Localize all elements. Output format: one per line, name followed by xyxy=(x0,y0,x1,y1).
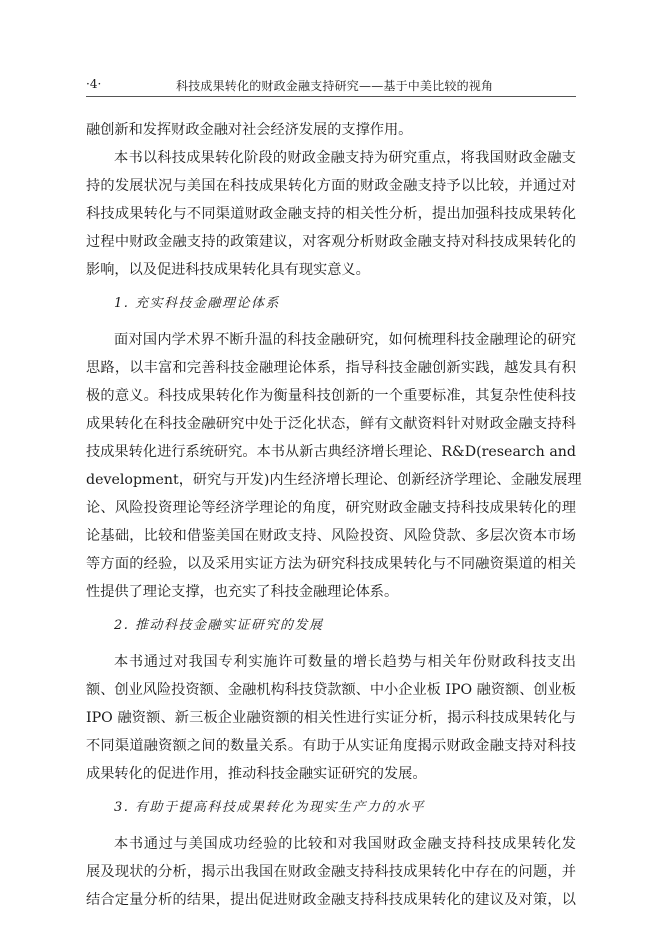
text-line: 本书通过对我国专利实施许可数量的增长趋势与相关年份财政科技支出 xyxy=(86,648,576,676)
section-heading: 3. 有助于提高科技成果转化为现实生产力的水平 xyxy=(86,794,576,822)
text-line: 论、风险投资理论等经济学理论的角度，研究财政金融支持科技成果转化的理 xyxy=(86,494,576,522)
document-body: 融创新和发挥财政金融对社会经济发展的支撑作用。本书以科技成果转化阶段的财政金融支… xyxy=(86,116,576,914)
text-line: 思路，以丰富和完善科技金融理论体系，指导科技金融创新实践，越发具有积 xyxy=(86,354,576,382)
text-line: 结合定量分析的结果，提出促进财政金融支持科技成果转化的建议及对策，以 xyxy=(86,886,576,914)
text-line: 本书通过与美国成功经验的比较和对我国财政金融支持科技成果转化发 xyxy=(86,830,576,858)
text-line: 科技成果转化与不同渠道财政金融支持的相关性分析，提出加强科技成果转化 xyxy=(86,200,576,228)
text-line: 面对国内学术界不断升温的科技金融研究，如何梳理科技金融理论的研究 xyxy=(86,326,576,354)
text-line: 成果转化在科技金融研究中处于泛化状态，鲜有文献资料针对财政金融支持科 xyxy=(86,410,576,438)
paragraph: 本书以科技成果转化阶段的财政金融支持为研究重点，将我国财政金融支持的发展状况与美… xyxy=(86,144,576,284)
page-header: ·4· 科技成果转化的财政金融支持研究——基于中美比较的视角 xyxy=(86,74,576,97)
text-line: 持的发展状况与美国在科技成果转化方面的财政金融支持予以比较，并通过对 xyxy=(86,172,576,200)
text-line: IPO 融资额、新三板企业融资额的相关性进行实证分析，揭示科技成果转化与 xyxy=(86,704,576,732)
running-title: 科技成果转化的财政金融支持研究——基于中美比较的视角 xyxy=(176,77,493,94)
text-line: 过程中财政金融支持的政策建议，对客观分析财政金融支持对科技成果转化的 xyxy=(86,228,576,256)
section-heading: 2. 推动科技金融实证研究的发展 xyxy=(86,612,576,640)
text-line: development，研究与开发)内生经济增长理论、创新经济学理论、金融发展理 xyxy=(86,466,576,494)
paragraph: 本书通过与美国成功经验的比较和对我国财政金融支持科技成果转化发展及现状的分析，揭… xyxy=(86,830,576,914)
section-heading: 1. 充实科技金融理论体系 xyxy=(86,290,576,318)
paragraph: 本书通过对我国专利实施许可数量的增长趋势与相关年份财政科技支出额、创业风险投资额… xyxy=(86,648,576,788)
text-line: 极的意义。科技成果转化作为衡量科技创新的一个重要标准，其复杂性使科技 xyxy=(86,382,576,410)
text-line: 展及现状的分析，揭示出我国在财政金融支持科技成果转化中存在的问题，并 xyxy=(86,858,576,886)
text-line: 等方面的经验，以及采用实证方法为研究科技成果转化与不同融资渠道的相关 xyxy=(86,550,576,578)
text-line: 成果转化的促进作用，推动科技金融实证研究的发展。 xyxy=(86,760,576,788)
text-line: 不同渠道融资额之间的数量关系。有助于从实证角度揭示财政金融支持对科技 xyxy=(86,732,576,760)
text-line: 融创新和发挥财政金融对社会经济发展的支撑作用。 xyxy=(86,116,576,144)
text-line: 性提供了理论支撑，也充实了科技金融理论体系。 xyxy=(86,578,576,606)
text-line: 影响，以及促进科技成果转化具有现实意义。 xyxy=(86,256,576,284)
text-line: 论基础，比较和借鉴美国在财政支持、风险投资、风险贷款、多层次资本市场 xyxy=(86,522,576,550)
paragraph: 面对国内学术界不断升温的科技金融研究，如何梳理科技金融理论的研究思路，以丰富和完… xyxy=(86,326,576,606)
paragraph: 融创新和发挥财政金融对社会经济发展的支撑作用。 xyxy=(86,116,576,144)
text-line: 额、创业风险投资额、金融机构科技贷款额、中小企业板 IPO 融资额、创业板 xyxy=(86,676,576,704)
page-number: ·4· xyxy=(86,77,101,91)
text-line: 本书以科技成果转化阶段的财政金融支持为研究重点，将我国财政金融支 xyxy=(86,144,576,172)
text-line: 技成果转化进行系统研究。本书从新古典经济增长理论、R&D(research an… xyxy=(86,438,576,466)
